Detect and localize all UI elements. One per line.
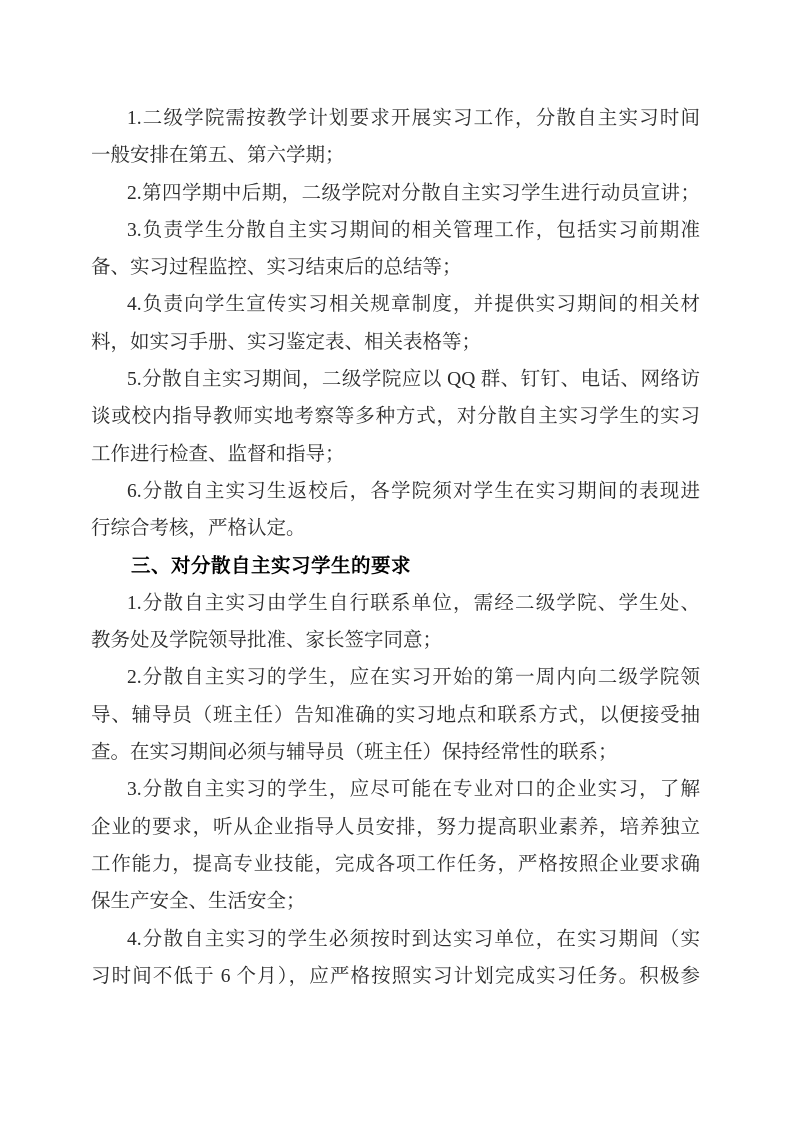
body-line: 一般安排在第五、第六学期； <box>91 137 700 174</box>
body-line: 2.第四学期中后期，二级学院对分散自主实习学生进行动员宣讲； <box>91 175 700 212</box>
body-line: 3.负责学生分散自主实习期间的相关管理工作，包括实习前期准 <box>91 212 700 249</box>
body-line: 4.分散自主实习的学生必须按时到达实习单位，在实习期间（实 <box>91 921 700 958</box>
body-line: 查。在实习期间必须与辅导员（班主任）保持经常性的联系； <box>91 734 700 771</box>
body-line: 4.负责向学生宣传实习相关规章制度，并提供实习期间的相关材 <box>91 286 700 323</box>
body-line: 导、辅导员（班主任）告知准确的实习地点和联系方式，以便接受抽 <box>91 697 700 734</box>
body-line: 企业的要求，听从企业指导人员安排，努力提高职业素养，培养独立 <box>91 809 700 846</box>
body-line: 工作能力，提高专业技能，完成各项工作任务，严格按照企业要求确 <box>91 846 700 883</box>
body-line: 保生产安全、生活安全； <box>91 883 700 920</box>
body-line: 1.二级学院需按教学计划要求开展实习工作，分散自主实习时间 <box>91 100 700 137</box>
body-line: 行综合考核，严格认定。 <box>91 510 700 547</box>
body-line: 5.分散自主实习期间，二级学院应以 QQ 群、钉钉、电话、网络访 <box>91 361 700 398</box>
body-line: 工作进行检查、监督和指导； <box>91 436 700 473</box>
body-line: 备、实习过程监控、实习结束后的总结等； <box>91 249 700 286</box>
body-line: 谈或校内指导教师实地考察等多种方式，对分散自主实习学生的实习 <box>91 398 700 435</box>
body-line: 6.分散自主实习生返校后，各学院须对学生在实习期间的表现进 <box>91 473 700 510</box>
body-line: 1.分散自主实习由学生自行联系单位，需经二级学院、学生处、 <box>91 585 700 622</box>
section-heading: 三、对分散自主实习学生的要求 <box>91 548 700 585</box>
document-body: 1.二级学院需按教学计划要求开展实习工作，分散自主实习时间 一般安排在第五、第六… <box>91 100 700 995</box>
body-line: 3.分散自主实习的学生，应尽可能在专业对口的企业实习，了解 <box>91 771 700 808</box>
body-line: 2.分散自主实习的学生，应在实习开始的第一周内向二级学院领 <box>91 659 700 696</box>
body-line: 教务处及学院领导批准、家长签字同意； <box>91 622 700 659</box>
body-line: 料，如实习手册、实习鉴定表、相关表格等； <box>91 324 700 361</box>
document-page: 1.二级学院需按教学计划要求开展实习工作，分散自主实习时间 一般安排在第五、第六… <box>0 0 793 1122</box>
body-line: 习时间不低于 6 个月），应严格按照实习计划完成实习任务。积极参 <box>91 958 700 995</box>
